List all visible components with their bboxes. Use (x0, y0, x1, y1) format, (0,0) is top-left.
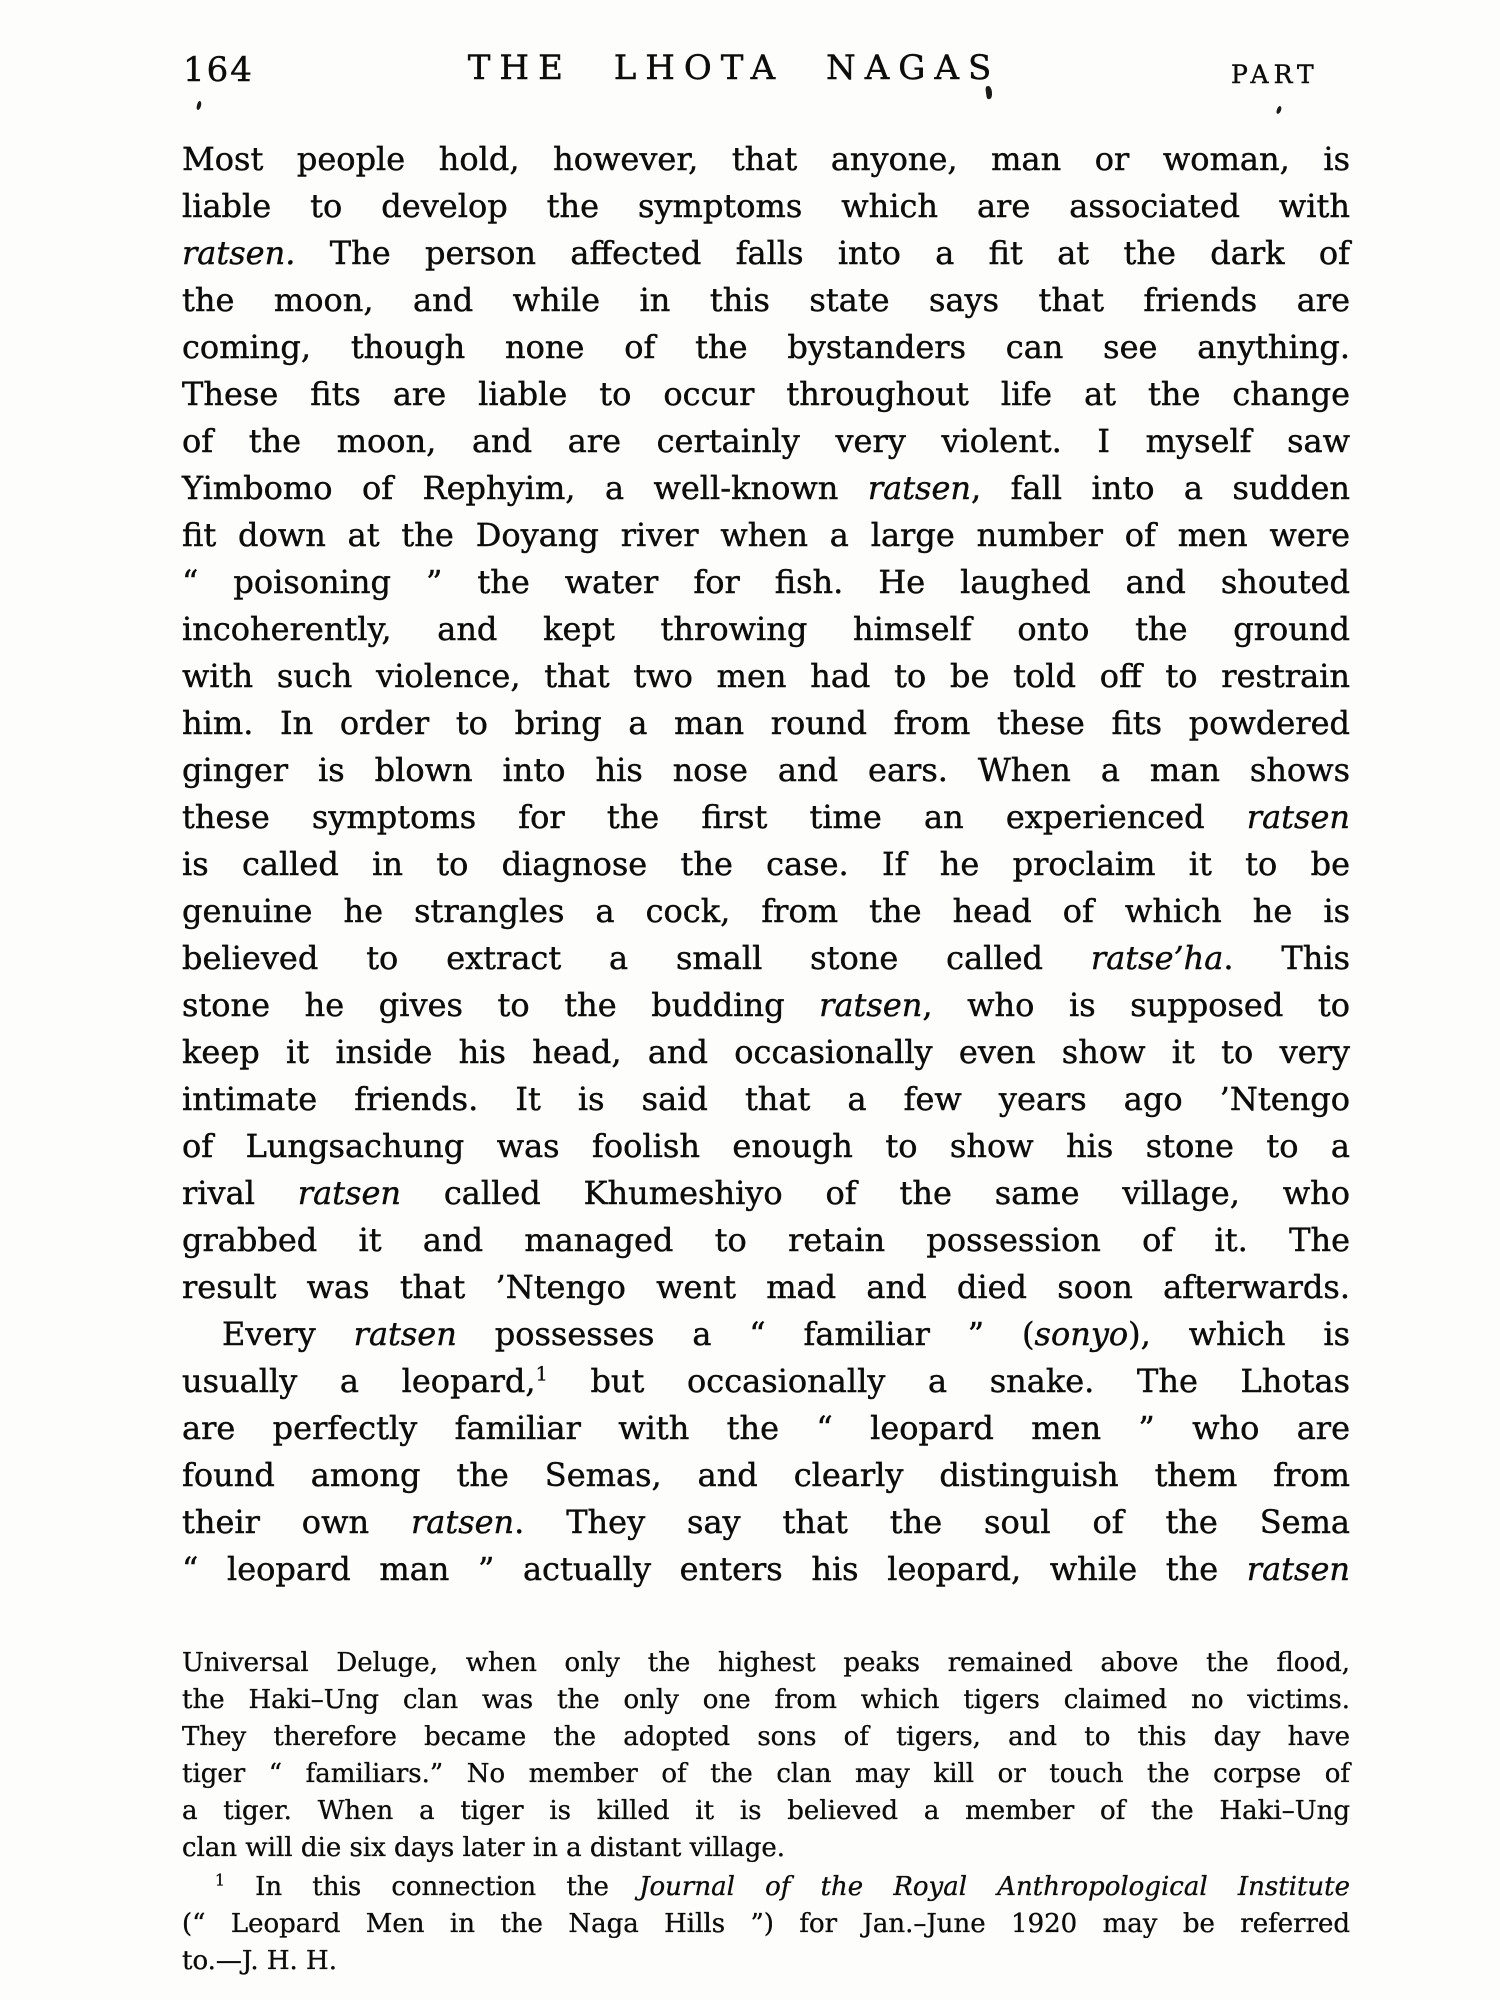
text-segment: believed to extract a small stone called (182, 939, 1091, 977)
part-label: PART (1231, 60, 1319, 89)
text-line: with such violence, that two men had to … (182, 653, 1350, 700)
text-line: stone he gives to the budding ratsen, wh… (182, 982, 1350, 1029)
text-line: grabbed it and managed to retain possess… (182, 1217, 1350, 1264)
text-segment: Yimbomo of Rephyim, a well-known (182, 469, 868, 507)
text-segment: but occasionally a snake. The Lhotas (548, 1362, 1350, 1400)
text-segment: (“ Leopard Men in the Naga Hills ”) for … (182, 1909, 1350, 1939)
paragraph: Every ratsen possesses a “ familiar ” (s… (182, 1311, 1350, 1593)
text-segment: The person affected falls into a fit at … (295, 234, 1350, 272)
text-segment: ratsen (411, 1503, 514, 1541)
text-line: keep it inside his head, and occasionall… (182, 1029, 1350, 1076)
text-line: ginger is blown into his nose and ears. … (182, 747, 1350, 794)
text-segment: “ leopard man ” actually enters his leop… (182, 1550, 1247, 1588)
text-line: of the moon, and are certainly very viol… (182, 418, 1350, 465)
text-line: usually a leopard,1 but occasionally a s… (182, 1358, 1350, 1405)
text-line: result was that ’Ntengo went mad and die… (182, 1264, 1350, 1311)
text-line: ratsen. The person affected falls into a… (182, 230, 1350, 277)
text-line: coming, though none of the bystanders ca… (182, 324, 1350, 371)
text-line: (“ Leopard Men in the Naga Hills ”) for … (182, 1906, 1350, 1943)
page-number: 164 (183, 50, 254, 90)
text-segment: rival (182, 1174, 298, 1212)
text-segment: their own (182, 1503, 411, 1541)
text-segment: ), which is (1128, 1315, 1350, 1353)
text-segment: In this connection the (225, 1872, 639, 1902)
text-segment: , who is supposed to (922, 986, 1350, 1024)
text-segment: Journal of the Royal Anthropological Ins… (639, 1872, 1350, 1902)
text-segment: found among the Semas, and clearly disti… (182, 1456, 1350, 1494)
text-line: the moon, and while in this state says t… (182, 277, 1350, 324)
running-title: THE LHOTA NAGAS (468, 48, 1001, 88)
text-segment: intimate friends. It is said that a few … (182, 1080, 1350, 1118)
text-line: They therefore became the adopted sons o… (182, 1719, 1350, 1756)
text-line: These fits are liable to occur throughou… (182, 371, 1350, 418)
text-line: rival ratsen called Khumeshiyo of the sa… (182, 1170, 1350, 1217)
text-segment: These fits are liable to occur throughou… (182, 375, 1350, 413)
text-line: Most people hold, however, that anyone, … (182, 136, 1350, 183)
text-line: liable to develop the symptoms which are… (182, 183, 1350, 230)
text-line: is called in to diagnose the case. If he… (182, 841, 1350, 888)
footnote-1: 1 In this connection the Journal of the … (182, 1869, 1350, 1980)
text-segment: incoherently, and kept throwing himself … (182, 610, 1350, 648)
text-segment: ratsen (868, 469, 971, 507)
text-segment: ginger is blown into his nose and ears. … (182, 751, 1350, 789)
text-segment: , fall into a sudden (971, 469, 1350, 507)
text-line: tiger “ familiars.” No member of the cla… (182, 1756, 1350, 1793)
text-line: Universal Deluge, when only the highest … (182, 1645, 1350, 1682)
text-segment: ratsen (1247, 798, 1350, 836)
text-segment: “ poisoning ” the water for fish. He lau… (182, 563, 1350, 601)
text-segment: called Khumeshiyo of the same village, w… (401, 1174, 1350, 1212)
text-segment: ratsen. (182, 234, 295, 272)
footnote-marker: 1 (536, 1362, 548, 1385)
text-segment: Most people hold, however, that anyone, … (182, 140, 1350, 178)
text-segment: genuine he strangles a cock, from the he… (182, 892, 1350, 930)
body-text: Most people hold, however, that anyone, … (182, 136, 1350, 1593)
text-line: intimate friends. It is said that a few … (182, 1076, 1350, 1123)
text-segment: tiger “ familiars.” No member of the cla… (182, 1759, 1350, 1789)
scan-artifact (1276, 106, 1282, 115)
paragraph: Most people hold, however, that anyone, … (182, 136, 1350, 1311)
text-segment: . This (1223, 939, 1350, 977)
text-segment: stone he gives to the budding (182, 986, 819, 1024)
text-segment: possesses a “ familiar ” ( (457, 1315, 1035, 1353)
text-line: genuine he strangles a cock, from the he… (182, 888, 1350, 935)
text-line: believed to extract a small stone called… (182, 935, 1350, 982)
text-segment: ratsen (1247, 1550, 1350, 1588)
text-line: incoherently, and kept throwing himself … (182, 606, 1350, 653)
text-line: their own ratsen. They say that the soul… (182, 1499, 1350, 1546)
text-line: of Lungsachung was foolish enough to sho… (182, 1123, 1350, 1170)
text-line: are perfectly familiar with the “ leopar… (182, 1405, 1350, 1452)
text-line: the Haki–Ung clan was the only one from … (182, 1682, 1350, 1719)
text-segment: these symptoms for the first time an exp… (182, 798, 1247, 836)
text-segment: Every (222, 1315, 354, 1353)
text-segment: the Haki–Ung clan was the only one from … (182, 1685, 1350, 1715)
text-segment: grabbed it and managed to retain possess… (182, 1221, 1350, 1259)
footnote-continuation: Universal Deluge, when only the highest … (182, 1645, 1350, 1867)
text-segment: of Lungsachung was foolish enough to sho… (182, 1127, 1350, 1165)
text-segment: Universal Deluge, when only the highest … (182, 1648, 1350, 1678)
scan-artifact (196, 101, 202, 111)
text-segment: to.—J. H. H. (182, 1946, 337, 1976)
text-line: Yimbomo of Rephyim, a well-known ratsen,… (182, 465, 1350, 512)
text-line: to.—J. H. H. (182, 1943, 1350, 1980)
text-segment: him. In order to bring a man round from … (182, 704, 1350, 742)
text-segment: ratsen (819, 986, 922, 1024)
text-segment: liable to develop the symptoms which are… (182, 187, 1350, 225)
text-line: him. In order to bring a man round from … (182, 700, 1350, 747)
footnote-area: Universal Deluge, when only the highest … (182, 1645, 1350, 1980)
text-line: clan will die six days later in a distan… (182, 1830, 1350, 1867)
text-line: 1 In this connection the Journal of the … (182, 1869, 1350, 1906)
text-segment: result was that ’Ntengo went mad and die… (182, 1268, 1350, 1306)
text-segment: sonyo (1035, 1315, 1129, 1353)
footnote-marker: 1 (215, 1871, 225, 1889)
text-segment: the moon, and while in this state says t… (182, 281, 1350, 319)
text-line: found among the Semas, and clearly disti… (182, 1452, 1350, 1499)
text-segment: clan will die six days later in a distan… (182, 1833, 785, 1863)
text-segment: ratse’ha (1091, 939, 1223, 977)
text-segment: . They say that the soul of the Sema (514, 1503, 1350, 1541)
text-line: “ poisoning ” the water for fish. He lau… (182, 559, 1350, 606)
text-line: a tiger. When a tiger is killed it is be… (182, 1793, 1350, 1830)
text-segment: coming, though none of the bystanders ca… (182, 328, 1350, 366)
text-segment: with such violence, that two men had to … (182, 657, 1350, 695)
text-segment: usually a leopard, (182, 1362, 536, 1400)
text-segment: are perfectly familiar with the “ leopar… (182, 1409, 1350, 1447)
text-segment: a tiger. When a tiger is killed it is be… (182, 1796, 1350, 1826)
text-segment: ratsen (354, 1315, 457, 1353)
text-line: these symptoms for the first time an exp… (182, 794, 1350, 841)
text-segment: They therefore became the adopted sons o… (182, 1722, 1350, 1752)
text-segment: of the moon, and are certainly very viol… (182, 422, 1350, 460)
text-segment: is called in to diagnose the case. If he… (182, 845, 1350, 883)
text-segment: ratsen (298, 1174, 401, 1212)
text-segment: fit down at the Doyang river when a larg… (182, 516, 1350, 554)
text-segment: keep it inside his head, and occasionall… (182, 1033, 1350, 1071)
book-page-scan: 164 THE LHOTA NAGAS PART Most people hol… (0, 0, 1500, 2000)
text-line: “ leopard man ” actually enters his leop… (182, 1546, 1350, 1593)
text-line: fit down at the Doyang river when a larg… (182, 512, 1350, 559)
text-line: Every ratsen possesses a “ familiar ” (s… (182, 1311, 1350, 1358)
